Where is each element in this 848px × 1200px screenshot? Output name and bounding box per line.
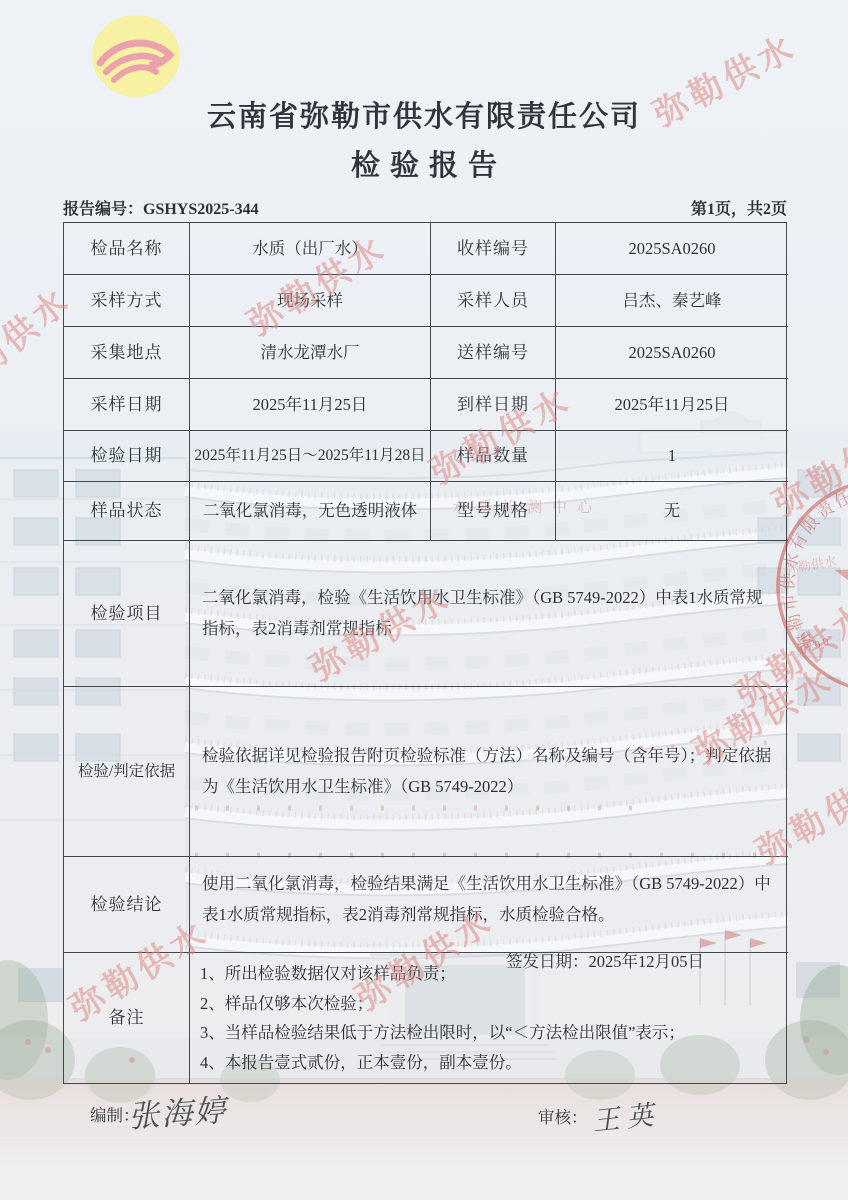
star-icon: [835, 534, 848, 628]
field-label: 检验结论: [64, 857, 190, 953]
field-value: 吕杰、秦艺峰: [556, 275, 788, 327]
remark-note: 2、样品仅够本次检验；: [200, 989, 774, 1019]
report-title: 检验报告: [0, 143, 848, 184]
field-value: 2025年11月25日: [190, 379, 431, 431]
field-label: 收样编号: [431, 223, 556, 275]
field-value: 无: [556, 482, 788, 541]
field-label: 检验项目: [64, 541, 190, 687]
field-label: 样品状态: [64, 482, 190, 541]
field-value: 现场采样: [190, 275, 431, 327]
company-logo-icon: [90, 13, 182, 104]
report-number-label: 报告编号：: [63, 201, 143, 218]
prepared-signature: 张海婷: [127, 1085, 229, 1137]
field-label: 送样编号: [431, 327, 556, 379]
field-value: 水质（出厂水）: [190, 223, 431, 275]
field-value: 2025SA0260: [556, 327, 788, 379]
field-value: 1: [556, 431, 788, 482]
report-table: 检品名称 水质（出厂水） 收样编号 2025SA0260 采样方式 现场采样 采…: [63, 222, 787, 1084]
field-value: 2025SA0260: [556, 223, 788, 275]
report-number-value: GSHYS2025-344: [143, 201, 259, 218]
report-meta-row: 报告编号：GSHYS2025-344 第1页，共2页: [63, 196, 787, 219]
field-label: 检验/判定依据: [64, 687, 190, 857]
company-name-title: 云南省弥勒市供水有限责任公司: [0, 94, 848, 135]
report-number: 报告编号：GSHYS2025-344: [63, 196, 259, 219]
stamp-serial: 1790: [797, 635, 833, 657]
conclusion-content: 使用二氧化氯消毒，检验结果满足《生活饮用水卫生标准》（GB 5749-2022）…: [202, 869, 774, 930]
field-value: 2025年11月25日: [556, 379, 788, 431]
report-page: 水质检测中心: [0, 0, 848, 1200]
field-label: 型号规格: [431, 482, 556, 541]
remark-note: 1、所出检验数据仅对该样品负责；: [200, 959, 774, 989]
reviewed-by-label: 审核：: [538, 1104, 588, 1128]
field-value: 2025年11月25日～2025年11月28日: [190, 431, 431, 482]
field-label: 采样日期: [64, 379, 190, 431]
stamp-inner-text: 弥勒供水: [784, 553, 838, 577]
page-indicator: 第1页，共2页: [691, 196, 787, 219]
field-label: 到样日期: [431, 379, 556, 431]
inspection-items-content: 二氧化氯消毒，检验《生活饮用水卫生标准》（GB 5749-2022）中表1水质常…: [190, 541, 788, 687]
field-label: 采集地点: [64, 327, 190, 379]
field-label: 检验日期: [64, 431, 190, 482]
reviewed-signature: 王英: [590, 1093, 662, 1139]
field-label: 样品数量: [431, 431, 556, 482]
field-label: 采样方式: [64, 275, 190, 327]
remark-note: 4、本报告壹式贰份，正本壹份，副本壹份。: [200, 1048, 774, 1078]
field-value: 清水龙潭水厂: [190, 327, 431, 379]
field-value: 二氧化氯消毒，无色透明液体: [190, 482, 431, 541]
basis-content: 检验依据详见检验报告附页检验标准（方法）名称及编号（含年号）；判定依据为《生活饮…: [190, 687, 788, 857]
field-label: 备注: [64, 953, 190, 1083]
field-label: 采样人员: [431, 275, 556, 327]
remark-note: 3、当样品检验结果低于方法检出限时，以“＜方法检出限值”表示；: [200, 1018, 774, 1048]
conclusion-cell: 使用二氧化氯消毒，检验结果满足《生活饮用水卫生标准》（GB 5749-2022）…: [190, 857, 788, 953]
remarks-cell: 1、所出检验数据仅对该样品负责； 2、样品仅够本次检验； 3、当样品检验结果低于…: [190, 953, 788, 1083]
field-label: 检品名称: [64, 223, 190, 275]
